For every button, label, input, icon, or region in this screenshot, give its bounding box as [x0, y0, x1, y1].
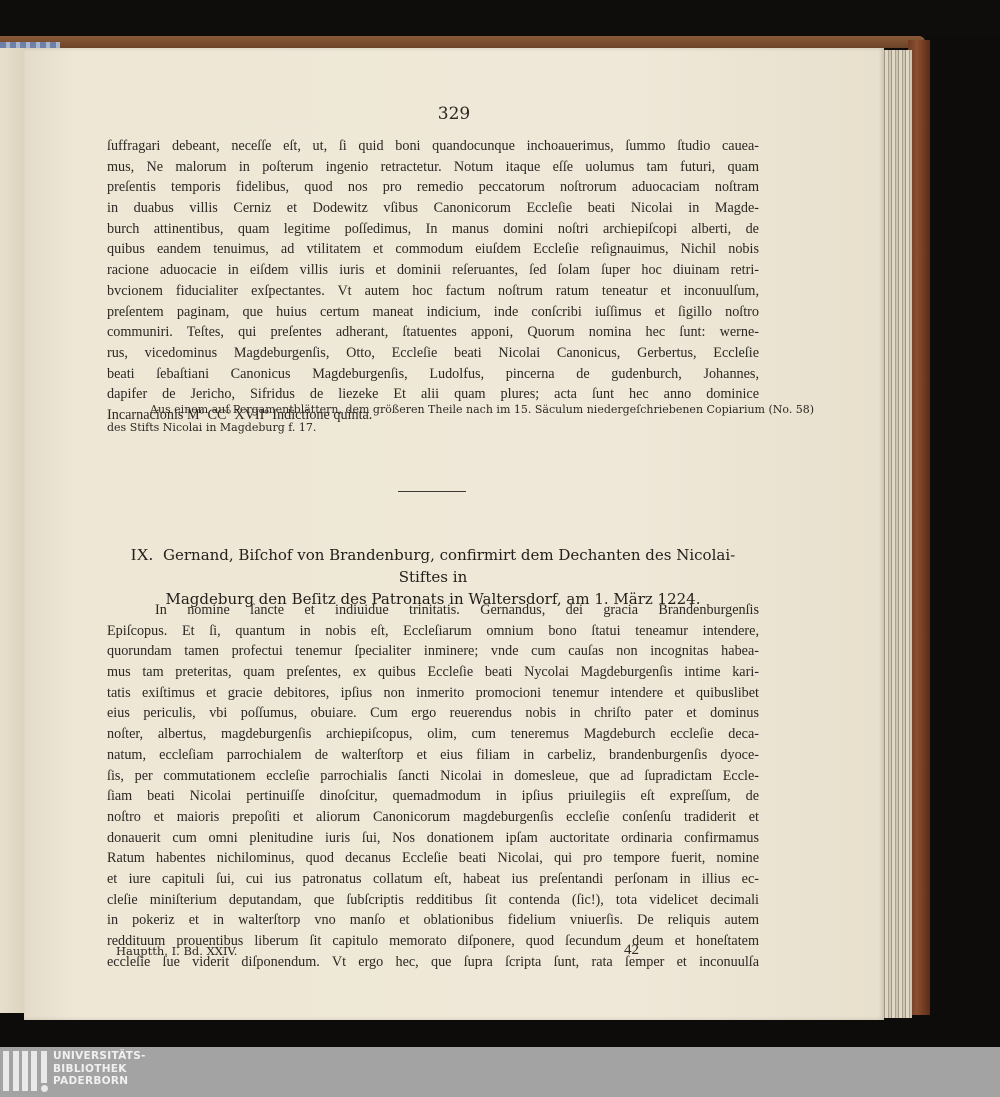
- text-line: rus, vicedominus Magdeburgenſis, Otto, E…: [107, 343, 759, 364]
- text-line: mus tam preteritas, quam preſentes, ex q…: [107, 662, 759, 683]
- text-line: cleſie miniſterium deputandam, que ſubſc…: [107, 890, 759, 911]
- text-line: Epiſcopus. Et ſi, quantum in nobis eſt, …: [107, 621, 759, 642]
- text-line: donauerit cum omni plenitudine iuris ſui…: [107, 828, 759, 849]
- text-line: ſiam beati Nicolai pertinuiſſe dinoſcitu…: [107, 786, 759, 807]
- text-line: noſtro et maioris prepoſiti et aliorum C…: [107, 807, 759, 828]
- text-line: quorundam tamen profectui tenemur ſpecia…: [107, 641, 759, 662]
- charter-number: IX.: [131, 545, 153, 564]
- text-line: tatis exiſtimus et gracie debitores, ipſ…: [107, 683, 759, 704]
- source-note-line: des Stifts Nicolai in Magdeburg f. 17.: [107, 421, 316, 434]
- facing-page-edge: [0, 48, 25, 1013]
- text-line: quibus eandem tenuimus, ad vtilitatem et…: [107, 239, 759, 260]
- text-line: in duabus villis Cerniz et Dodewitz vſib…: [107, 198, 759, 219]
- heading-line: Gernand, Biſchof von Brandenburg, confir…: [163, 546, 735, 586]
- text-line: beati ſebaſtiani Canonicus Magdeburgenſi…: [107, 364, 759, 385]
- text-line: noſter, albertus, magdeburgenſis archiep…: [107, 724, 759, 745]
- library-logo-bar: UNIVERSITÄTS- BIBLIOTHEK PADERBORN: [0, 1047, 1000, 1097]
- logo-line: PADERBORN: [53, 1075, 146, 1088]
- text-line: ſis, per commutationem eccleſie parrochi…: [107, 766, 759, 787]
- section-divider: [398, 491, 466, 492]
- text-line: eius periculis, vbi poſſumus, obuiare. C…: [107, 703, 759, 724]
- text-line: natum, eccleſiam parrochialem de walterſ…: [107, 745, 759, 766]
- text-line: Ratum habentes nichilominus, quod decanu…: [107, 848, 759, 869]
- text-line: ſuffragari debeant, neceſſe eſt, ut, ſi …: [107, 136, 759, 157]
- text-line: bvcionem fiducialiter exſpectantes. Vt a…: [107, 281, 759, 302]
- text-line: communiri. Teſtes, qui preſentes adheran…: [107, 322, 759, 343]
- scan-background: [0, 0, 1000, 36]
- charter-text-continued: ſuffragari debeant, neceſſe eſt, ut, ſi …: [107, 136, 759, 426]
- book-page: 329 ſuffragari debeant, neceſſe eſt, ut,…: [24, 48, 884, 1020]
- text-line: preſentem paginam, que huius certum mane…: [107, 302, 759, 323]
- text-line: racione aduocacie in eiſdem villis iuris…: [107, 260, 759, 281]
- library-logo-text: UNIVERSITÄTS- BIBLIOTHEK PADERBORN: [53, 1050, 146, 1088]
- text-line: in pokeriz et in walterſtorp vno manſo e…: [107, 910, 759, 931]
- sheet-number: 42: [624, 942, 639, 959]
- page-number: 329: [24, 104, 884, 124]
- text-line: et iure capituli ſui, cui ius patronatus…: [107, 869, 759, 890]
- charter-text: In nomine ſancte et indiuidue trinitatis…: [107, 600, 759, 972]
- logo-line: UNIVERSITÄTS-: [53, 1050, 146, 1063]
- text-line: In nomine ſancte et indiuidue trinitatis…: [107, 600, 759, 621]
- text-line: burch attinentibus, quam legitime poſſed…: [107, 219, 759, 240]
- logo-line: BIBLIOTHEK: [53, 1063, 146, 1076]
- page-stack-edges: [882, 50, 912, 1018]
- source-note: Aus einem auf Pergamentblättern, dem grö…: [107, 401, 759, 437]
- text-line: preſentis temporis fidelibus, quod nos p…: [107, 177, 759, 198]
- printer-signature: Hauptth. I. Bd. XXIV.: [116, 944, 237, 958]
- book-cover-top-edge: [0, 36, 925, 48]
- source-note-line: Aus einem auf Pergamentblättern, dem grö…: [107, 401, 759, 419]
- text-line: mus, Ne malorum in poſterum ingenio retr…: [107, 157, 759, 178]
